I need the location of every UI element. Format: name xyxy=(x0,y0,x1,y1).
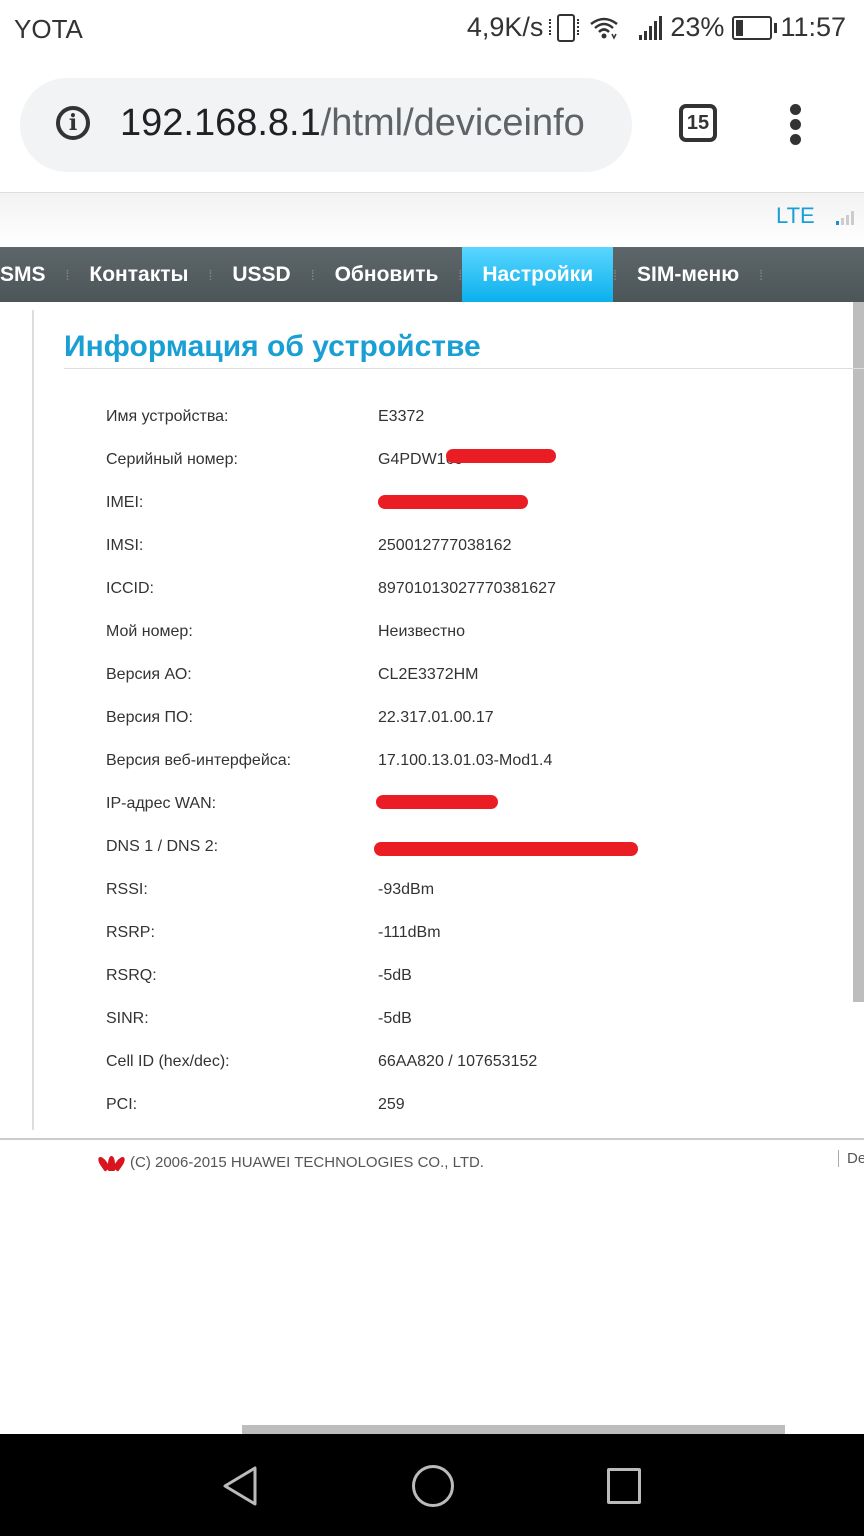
overflow-menu-icon[interactable] xyxy=(790,104,804,148)
back-icon[interactable] xyxy=(222,1466,258,1511)
info-value: 259 xyxy=(378,1096,405,1114)
info-label: RSSI: xyxy=(106,881,148,899)
info-value: -93dBm xyxy=(378,881,434,899)
tab-switcher-button[interactable]: 15 xyxy=(679,104,717,142)
info-label: Мой номер: xyxy=(106,623,193,641)
info-value: E3372 xyxy=(378,408,424,426)
home-icon[interactable] xyxy=(412,1465,454,1507)
info-value: 17.100.13.01.03-Mod1.4 xyxy=(378,752,552,770)
system-nav-bar xyxy=(0,1434,864,1536)
info-value: CL2E3372HM xyxy=(378,666,479,684)
nav-item-6[interactable]: SIM-меню xyxy=(617,247,759,302)
info-value: 22.317.01.00.17 xyxy=(378,709,494,727)
info-label: ICCID: xyxy=(106,580,154,598)
signal-icon xyxy=(639,16,662,40)
nav-item-1[interactable]: SMS xyxy=(0,247,66,302)
info-label: RSRP: xyxy=(106,924,155,942)
page-title: Информация об устройстве xyxy=(64,330,481,364)
clock: 11:57 xyxy=(780,12,846,43)
info-label: Cell ID (hex/dec): xyxy=(106,1053,230,1071)
device-info-panel: Информация об устройстве Имя устройства:… xyxy=(32,310,864,1130)
info-label: PCI: xyxy=(106,1096,137,1114)
nav-item-5[interactable]: Настройки xyxy=(462,247,613,302)
redaction-mark xyxy=(446,449,556,463)
url-text[interactable]: 192.168.8.1/html/deviceinfo xyxy=(120,102,585,145)
info-icon[interactable]: i xyxy=(56,106,90,140)
info-label: Версия АО: xyxy=(106,666,192,684)
horizontal-scrollbar[interactable] xyxy=(242,1425,785,1434)
huawei-logo-icon xyxy=(100,1153,124,1171)
title-divider xyxy=(64,368,864,369)
recent-apps-icon[interactable] xyxy=(607,1468,641,1504)
info-label: SINR: xyxy=(106,1010,149,1028)
address-bar[interactable]: i 192.168.8.1/html/deviceinfo xyxy=(20,78,632,172)
info-label: IMEI: xyxy=(106,494,143,512)
info-value: -5dB xyxy=(378,1010,412,1028)
carrier-name: YOTA xyxy=(14,14,83,45)
info-label: RSRQ: xyxy=(106,967,157,985)
info-label: IP-адрес WAN: xyxy=(106,795,216,813)
info-label: Версия ПО: xyxy=(106,709,193,727)
network-speed: 4,9K/s xyxy=(467,12,544,43)
network-type: LTE xyxy=(776,203,815,229)
copyright-text: (C) 2006-2015 HUAWEI TECHNOLOGIES CO., L… xyxy=(130,1154,484,1171)
nav-item-3[interactable]: USSD xyxy=(212,247,310,302)
info-label: Серийный номер: xyxy=(106,451,238,469)
wifi-icon xyxy=(589,16,619,40)
url-path: /html/deviceinfo xyxy=(321,102,585,144)
web-page: LTE SMS⁞Контакты⁞USSD⁞Обновить⁞Настройки… xyxy=(0,192,864,1434)
info-label: Версия веб-интерфейса: xyxy=(106,752,291,770)
info-label: Имя устройства: xyxy=(106,408,228,426)
redaction-mark xyxy=(376,795,498,809)
info-value: 89701013027770381627 xyxy=(378,580,556,598)
status-bar: YOTA 4,9K/s 23% 11:57 xyxy=(0,0,864,62)
vibrate-icon xyxy=(557,14,575,42)
nav-separator: ⁞ xyxy=(759,267,763,283)
nav-item-2[interactable]: Контакты xyxy=(69,247,208,302)
battery-percent: 23% xyxy=(670,12,724,43)
info-value: 250012777038162 xyxy=(378,537,511,555)
url-host: 192.168.8.1 xyxy=(120,102,321,144)
footer: (C) 2006-2015 HUAWEI TECHNOLOGIES CO., L… xyxy=(100,1153,484,1171)
page-header: LTE xyxy=(0,192,864,247)
info-value: Неизвестно xyxy=(378,623,465,641)
signal-strength-icon xyxy=(836,211,854,225)
main-nav: SMS⁞Контакты⁞USSD⁞Обновить⁞Настройки⁞SIM… xyxy=(0,247,864,302)
footer-divider xyxy=(0,1138,864,1140)
footer-link[interactable]: De xyxy=(838,1150,864,1167)
redaction-mark xyxy=(374,842,638,856)
info-label: DNS 1 / DNS 2: xyxy=(106,838,218,856)
info-value: -5dB xyxy=(378,967,412,985)
nav-item-4[interactable]: Обновить xyxy=(315,247,459,302)
info-value: 66AA820 / 107653152 xyxy=(378,1053,537,1071)
info-label: IMSI: xyxy=(106,537,143,555)
battery-icon xyxy=(732,16,772,40)
redaction-mark xyxy=(378,495,528,509)
info-value: -111dBm xyxy=(378,924,441,942)
